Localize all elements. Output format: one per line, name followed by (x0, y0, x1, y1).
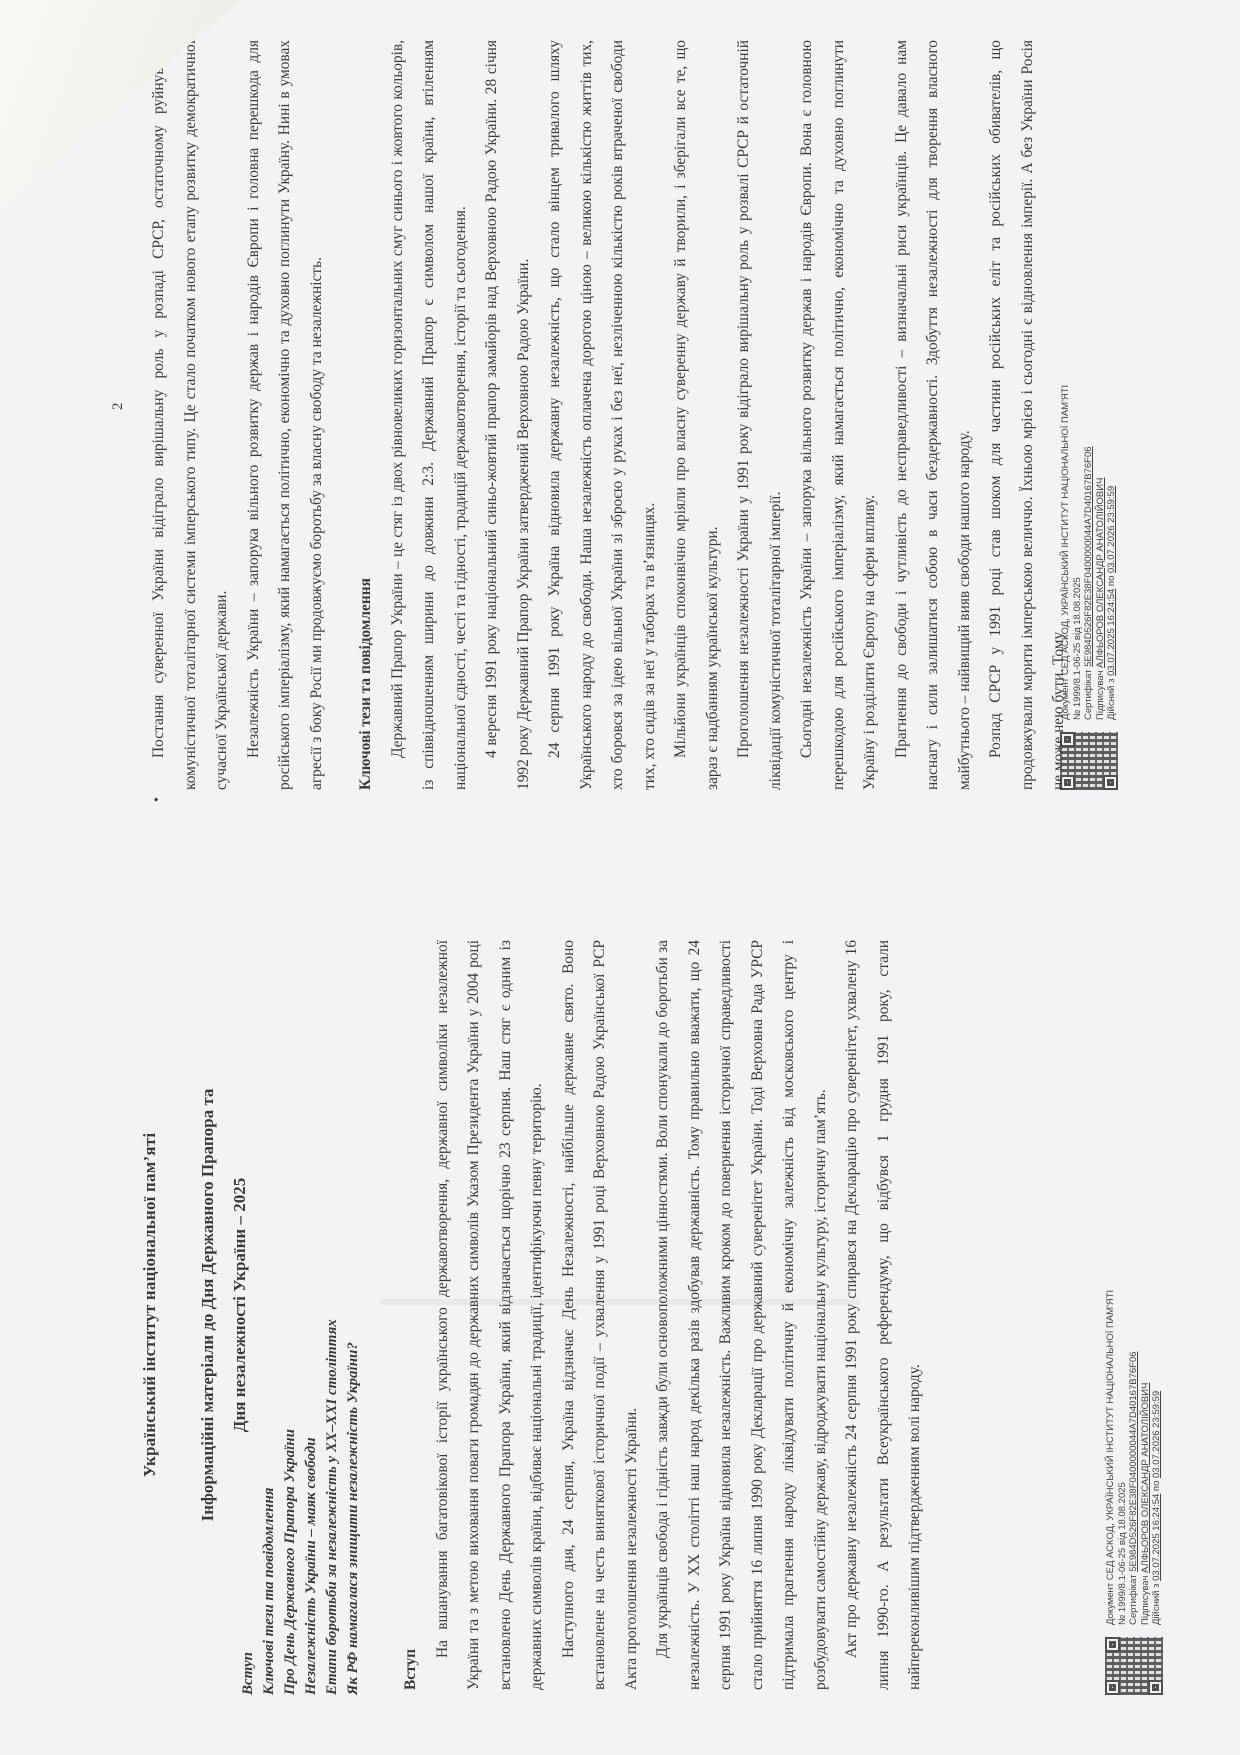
e-signature-stamp: Документ СЕД АСКОД, УКРАЇНСЬКИЙ ІНСТИТУТ… (1105, 1290, 1163, 1695)
paragraph: Проголошення незалежності України у 1991… (728, 40, 791, 790)
paragraph: Незалежність України – запорука вільного… (238, 40, 333, 790)
paragraph: 24 серпня 1991 року Україна відновила де… (539, 40, 665, 790)
intro-section: Вступ На вшанування багатовікової історі… (395, 940, 931, 1690)
paragraph: Прагнення до свободи і чутливість до нес… (886, 40, 981, 790)
stamp-line-validity: Дійсний з 03.07.2025 16:24:54 по 03.07.2… (1106, 385, 1118, 720)
stamp-line-signer: Підписувач АЛФЬОРОВ ОЛЕКСАНДР АНАТОЛІЙОВ… (1140, 1290, 1152, 1625)
page-2: 2 • Постання суверенної України відіграл… (0, 20, 1240, 810)
page-2-body: Постання суверенної України відіграло ви… (143, 40, 1075, 790)
section-heading: Ключові тези та повідомлення (350, 40, 382, 790)
paragraph: Акт про державну незалежність 24 серпня … (836, 940, 931, 1690)
paragraph: Сьогодні незалежність України – запорука… (791, 40, 886, 790)
qr-code-icon (1060, 732, 1118, 790)
toc-item: Незалежність України – маяк свободи (301, 935, 322, 1695)
scanned-sheet: Український інститут національної пам’ят… (0, 0, 1240, 1755)
paragraph: Мільйони українців споконвічно мріяли пр… (665, 40, 728, 790)
table-of-contents: Вступ Ключові тези та повідомлення Про Д… (238, 935, 364, 1695)
e-signature-stamp: Документ СЕД АСКОД, УКРАЇНСЬКИЙ ІНСТИТУТ… (1060, 385, 1118, 790)
stamp-line-certificate: Сертифікат 5E984D526F82E38F0400000044A7D… (1128, 1290, 1140, 1625)
stamp-text: Документ СЕД АСКОД, УКРАЇНСЬКИЙ ІНСТИТУТ… (1060, 385, 1118, 720)
bullet-mark: • (150, 797, 166, 802)
paragraph: Для українців свобода і гідність завжди … (647, 940, 836, 1690)
paragraph: Державний Прапор України – це стяг із дв… (382, 40, 477, 790)
page-number: 2 (110, 403, 127, 411)
qr-code-icon (1105, 1637, 1163, 1695)
stamp-text: Документ СЕД АСКОД, УКРАЇНСЬКИЙ ІНСТИТУТ… (1105, 1290, 1163, 1625)
institute-name: Український інститут національної пам’ят… (140, 895, 160, 1715)
toc-item: Про День Державного Прапора України (280, 935, 301, 1695)
stamp-line-validity: Дійсний з 03.07.2025 16:24:54 по 03.07.2… (1151, 1290, 1163, 1625)
section-heading: Вступ (395, 940, 427, 1690)
stamp-line-document: Документ СЕД АСКОД, УКРАЇНСЬКИЙ ІНСТИТУТ… (1105, 1290, 1117, 1625)
paragraph: Наступного дня, 24 серпня, Україна відзн… (553, 940, 648, 1690)
page-1: Український інститут національної пам’ят… (0, 875, 1240, 1715)
stamp-line-document: Документ СЕД АСКОД, УКРАЇНСЬКИЙ ІНСТИТУТ… (1060, 385, 1072, 720)
paragraph: 4 вересня 1991 року національний синьо-ж… (476, 40, 539, 790)
toc-item: Етапи боротьби за незалежність у ХХ–ХХІ … (322, 935, 343, 1695)
paragraph: Постання суверенної України відіграло ви… (143, 40, 238, 790)
paragraph: На вшанування багатовікової історії укра… (427, 940, 553, 1690)
stamp-line-number: № 1999/8.1-06-25 від 18.08.2025 (1072, 385, 1084, 720)
stamp-line-signer: Підписувач АЛФЬОРОВ ОЛЕКСАНДР АНАТОЛІЙОВ… (1095, 385, 1107, 720)
document-title-line-1: Інформаційні матеріали до Дня Державного… (192, 895, 224, 1715)
stamp-line-certificate: Сертифікат 5E984D526F82E38F0400000044A7D… (1083, 385, 1095, 720)
toc-item: Вступ (238, 935, 259, 1695)
toc-item: Як РФ намагалася знищити незалежність Ук… (343, 935, 364, 1695)
toc-item: Ключові тези та повідомлення (259, 935, 280, 1695)
stamp-line-number: № 1999/8.1-06-25 від 18.08.2025 (1117, 1290, 1129, 1625)
